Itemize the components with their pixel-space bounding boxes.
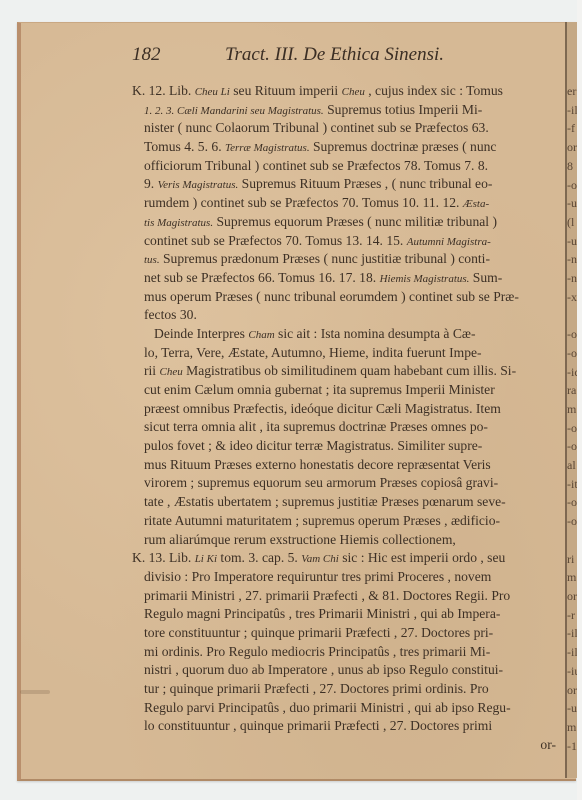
text-line: net sub se Præfectos 66. Tomus 16. 17. 1… <box>132 269 564 288</box>
paper-stain <box>20 690 50 694</box>
text-line: rumdem ) continet sub se Præfectos 70. T… <box>132 194 564 213</box>
text-line: cut enim Cælum omnia gubernat ; ita supr… <box>132 381 564 400</box>
text-line: ritate Autumni maturitatem ; supremus op… <box>132 512 564 531</box>
text-segment: mi ordinis. Pro Regulo mediocris Princip… <box>144 644 490 659</box>
text-line: officiorum Tribunal ) continet sub se Pr… <box>132 157 564 176</box>
text-segment: officiorum Tribunal ) continet sub se Pr… <box>144 158 488 173</box>
text-line: virorem ; supremus equorum seu armorum P… <box>132 474 564 493</box>
text-segment: præest omnibus Præfectis, ideóque dicitu… <box>144 401 501 416</box>
italic-segment: Vam Chi <box>301 553 339 565</box>
text-segment: Regulo magni Principatûs , tres Primarii… <box>144 606 500 621</box>
running-title: Tract. III. De Ethica Sinensi. <box>225 44 444 66</box>
italic-segment: Cheu Li <box>195 86 230 98</box>
italic-segment: Li Ki <box>195 553 217 565</box>
text-line: K. 13. Lib. Li Ki tom. 3. cap. 5. Vam Ch… <box>132 549 564 568</box>
italic-segment: Cheu <box>159 366 182 378</box>
text-segment: Tomus 4. 5. 6. <box>144 139 225 154</box>
text-segment: or- <box>540 737 556 752</box>
text-line: Regulo magni Principatûs , tres Primarii… <box>132 605 564 624</box>
text-line: or- <box>132 736 564 755</box>
body-text: K. 12. Lib. Cheu Li seu Rituum imperii C… <box>132 82 564 755</box>
text-line: 1. 2. 3. Cæli Mandarini seu Magistratus.… <box>132 101 564 120</box>
text-line: continet sub se Præfectos 70. Tomus 13. … <box>132 232 564 251</box>
text-segment: seu Rituum imperii <box>230 83 342 98</box>
text-segment: nister ( nunc Colaorum Tribunal ) contin… <box>144 120 489 135</box>
scan-viewer: 182 Tract. III. De Ethica Sinensi. K. 12… <box>0 0 582 800</box>
text-segment: K. 13. Lib. <box>132 550 195 565</box>
text-segment: fectos 30. <box>144 307 197 322</box>
text-segment: nistri , quorum duo ab Imperatore , unus… <box>144 662 503 677</box>
text-line: tis Magistratus. Supremus equorum Præses… <box>132 213 564 232</box>
text-segment: tom. 3. cap. 5. <box>217 550 301 565</box>
text-segment: tore constituuntur ; quinque primarii Pr… <box>144 625 493 640</box>
italic-segment: Cheu <box>342 86 365 98</box>
italic-segment: Terræ Magistratus. <box>225 142 310 154</box>
text-segment: Supremus prædonum Præses ( nunc justitiæ… <box>160 251 490 266</box>
italic-segment: Cham <box>248 329 274 341</box>
text-line: rii Cheu Magistratibus ob similitudinem … <box>132 362 564 381</box>
text-segment: Regulo parvi Principatûs , duo primarii … <box>144 700 511 715</box>
text-segment: mus operum Præses ( nunc tribunal eorumd… <box>144 289 519 304</box>
text-segment: 9. <box>144 176 158 191</box>
text-line: tus. Supremus prædonum Præses ( nunc jus… <box>132 250 564 269</box>
text-line: præest omnibus Præfectis, ideóque dicitu… <box>132 400 564 419</box>
text-segment: divisio : Pro Imperatore requiruntur tre… <box>144 569 491 584</box>
italic-segment: Veris Magistratus. <box>158 179 239 191</box>
text-line: mus operum Præses ( nunc tribunal eorumd… <box>132 288 564 307</box>
text-segment: pulos fovet ; & ideo dicitur terræ Magis… <box>144 438 482 453</box>
text-segment: ritate Autumni maturitatem ; supremus op… <box>144 513 500 528</box>
italic-segment: Hiemis Magistratus. <box>380 273 470 285</box>
text-line: mus Rituum Præses externo honestatis dec… <box>132 456 564 475</box>
text-segment: cut enim Cælum omnia gubernat ; ita supr… <box>144 382 495 397</box>
text-segment: rii <box>144 363 159 378</box>
text-line: Regulo parvi Principatûs , duo primarii … <box>132 699 564 718</box>
italic-segment: Autumni Magistra- <box>407 236 491 248</box>
text-segment: tate , Æstatis ubertatem ; supremus just… <box>144 494 506 509</box>
text-segment: primarii Ministri , 27. primarii Præfect… <box>144 588 510 603</box>
text-line: sicut terra omnia alit , ita supremus do… <box>132 418 564 437</box>
text-segment: Deinde Interpres <box>154 326 248 341</box>
page-number: 182 <box>132 44 161 66</box>
text-line: Tomus 4. 5. 6. Terræ Magistratus. Suprem… <box>132 138 564 157</box>
text-line: K. 12. Lib. Cheu Li seu Rituum imperii C… <box>132 82 564 101</box>
text-segment: , cujus index sic : Tomus <box>365 83 503 98</box>
text-segment: Supremus doctrinæ præses ( nunc <box>310 139 497 154</box>
text-line: pulos fovet ; & ideo dicitur terræ Magis… <box>132 437 564 456</box>
text-segment: tur ; quinque primarii Præfecti , 27. Do… <box>144 681 489 696</box>
text-line: 9. Veris Magistratus. Supremus Rituum Pr… <box>132 175 564 194</box>
text-segment: Supremus Rituum Præses , ( nunc tribunal… <box>238 176 492 191</box>
italic-segment: tus. <box>144 254 160 266</box>
text-line: Deinde Interpres Cham sic ait : Ista nom… <box>132 325 564 344</box>
text-segment: rum aliarúmque rerum exstructione Hiemis… <box>144 532 456 547</box>
text-segment: Supremus totius Imperii Mi- <box>324 102 483 117</box>
scan-margin <box>577 0 582 800</box>
text-segment: mus Rituum Præses externo honestatis dec… <box>144 457 491 472</box>
italic-segment: 1. 2. 3. Cæli Mandarini seu Magistratus. <box>144 105 324 117</box>
text-segment: lo, Terra, Vere, Æstate, Autumno, Hieme,… <box>144 345 482 360</box>
text-line: rum aliarúmque rerum exstructione Hiemis… <box>132 531 564 550</box>
text-segment: sicut terra omnia alit , ita supremus do… <box>144 419 488 434</box>
text-line: nister ( nunc Colaorum Tribunal ) contin… <box>132 119 564 138</box>
text-segment: continet sub se Præfectos 70. Tomus 13. … <box>144 233 407 248</box>
text-line: tur ; quinque primarii Præfecti , 27. Do… <box>132 680 564 699</box>
text-segment: sic ait : Ista nomina desumpta à Cæ- <box>275 326 476 341</box>
text-line: nistri , quorum duo ab Imperatore , unus… <box>132 661 564 680</box>
italic-segment: tis Magistratus. <box>144 217 213 229</box>
text-line: tore constituuntur ; quinque primarii Pr… <box>132 624 564 643</box>
text-segment: Magistratibus ob similitudinem quam habe… <box>183 363 516 378</box>
text-segment: Supremus equorum Præses ( nunc militiæ t… <box>213 214 497 229</box>
text-line: fectos 30. <box>132 306 564 325</box>
text-line: mi ordinis. Pro Regulo mediocris Princip… <box>132 643 564 662</box>
text-segment: Sum- <box>469 270 502 285</box>
text-line: lo, Terra, Vere, Æstate, Autumno, Hieme,… <box>132 344 564 363</box>
text-line: lo constituuntur , quinque primarii Præf… <box>132 717 564 736</box>
text-line: divisio : Pro Imperatore requiruntur tre… <box>132 568 564 587</box>
text-segment: K. 12. Lib. <box>132 83 195 98</box>
text-segment: net sub se Præfectos 66. Tomus 16. 17. 1… <box>144 270 380 285</box>
text-segment: lo constituuntur , quinque primarii Præf… <box>144 718 492 733</box>
text-segment: sic : Hic est imperii ordo , seu <box>339 550 506 565</box>
text-segment: rumdem ) continet sub se Præfectos 70. T… <box>144 195 463 210</box>
italic-segment: Æsta- <box>463 198 489 210</box>
text-line: tate , Æstatis ubertatem ; supremus just… <box>132 493 564 512</box>
text-segment: virorem ; supremus equorum seu armorum P… <box>144 475 498 490</box>
text-line: primarii Ministri , 27. primarii Præfect… <box>132 587 564 606</box>
